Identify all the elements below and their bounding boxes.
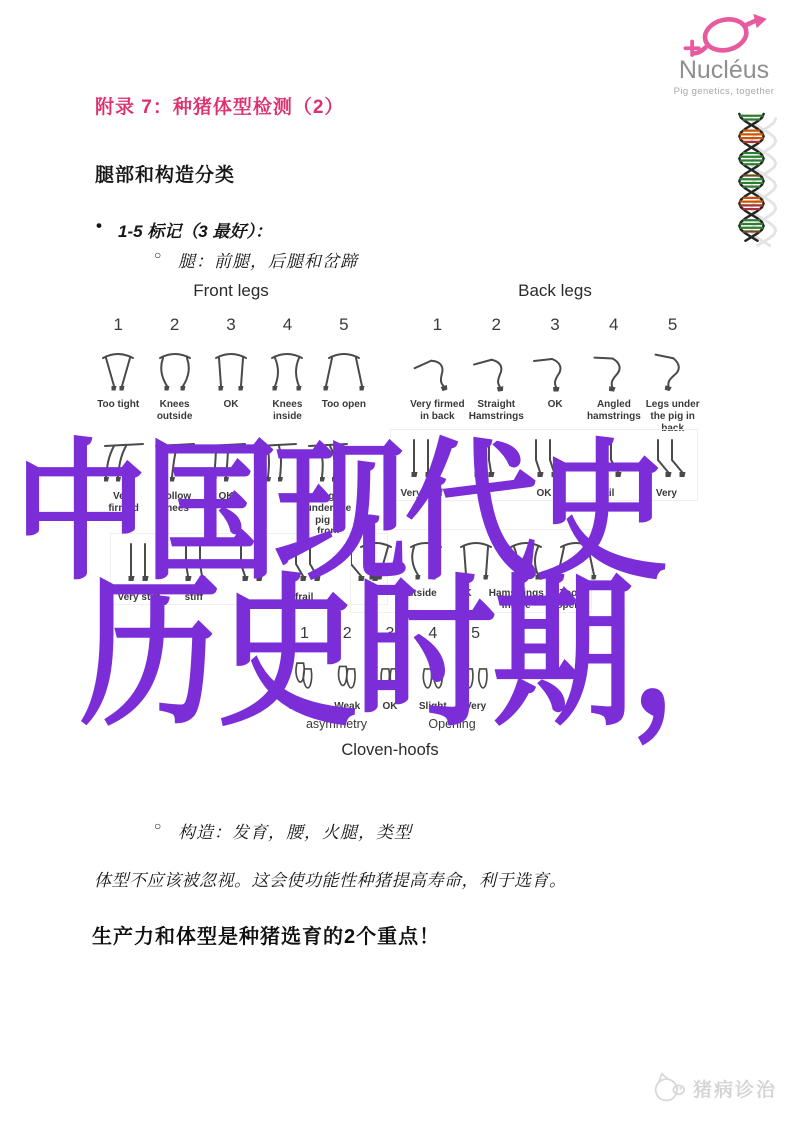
score-label [452, 488, 513, 500]
hoof-icon [369, 659, 412, 697]
panel-front-legs: Front legs12345 Too tightK [90, 281, 372, 423]
score-numbers: 12345 [90, 315, 372, 341]
hoof-icon [283, 659, 326, 697]
hind-rear-icon [551, 534, 601, 584]
score-number: 1 [408, 315, 467, 341]
score-label: Strong [283, 701, 326, 713]
section-heading: 腿部和构造分类 [95, 160, 235, 187]
pastern-icon [575, 434, 636, 484]
score-label: Weak [326, 701, 369, 713]
pastern-icon [636, 434, 697, 484]
score-numbers: 12345 [408, 315, 702, 341]
hind-rear-icon [401, 534, 451, 584]
panel-title: Back legs [408, 281, 702, 303]
score-sublabels: asymmetry Opening [283, 717, 497, 737]
bullet-scoring: 1-5 标记（3 最好）： [118, 217, 272, 242]
score-label: OK [369, 701, 412, 713]
brand-name: Nucléus [668, 58, 780, 83]
score-number: 3 [526, 315, 585, 341]
score-label: outside [396, 588, 441, 612]
score-label [351, 588, 396, 612]
score-labels: Very stiffOKfrailVery [391, 488, 697, 500]
score-label: Too tight [90, 399, 146, 423]
score-number: 1 [283, 625, 326, 651]
score-number: 5 [316, 315, 372, 341]
hind-rear-icon [501, 534, 551, 584]
score-labels: StrongWeakOKSlightVery [283, 701, 497, 713]
score-sublabel: Opening [428, 717, 475, 731]
pastern-icon [513, 434, 574, 484]
hind-leg-icon [584, 345, 643, 395]
pastern-icon [391, 434, 452, 484]
closing-statement: 生产力和体型是种猪选育的2个重点！ [92, 920, 440, 949]
score-number: 2 [146, 315, 202, 341]
score-label: Hamstrings inside [487, 588, 546, 612]
score-label: Knees inside [259, 399, 315, 423]
dna-helix-icon [730, 112, 786, 252]
pastern-icon [452, 434, 513, 484]
score-label: Very firmed [98, 491, 149, 538]
score-label: frail [575, 488, 636, 500]
side-leg-icon [98, 437, 149, 487]
score-number: 4 [259, 315, 315, 341]
side-leg-icon [303, 437, 354, 487]
panel-title: Front legs [90, 281, 372, 303]
page-title: 附录 7：种猪体型检测（2） [95, 92, 344, 119]
panel-cloven-hoofs: 12345 StrongWeakOKSlightVery asymmetry O… [283, 625, 497, 760]
score-icons [90, 341, 372, 395]
hind-rear-icon [351, 534, 401, 584]
front-leg-icon [316, 345, 372, 395]
score-label: Very [454, 701, 497, 713]
score-icons [98, 433, 354, 487]
side-leg-icon [252, 437, 303, 487]
score-label: OK [442, 588, 487, 612]
hind-leg-icon [526, 345, 585, 395]
score-number: 5 [643, 315, 702, 341]
score-number: 3 [369, 625, 412, 651]
hind-leg-icon [408, 345, 467, 395]
panel-back-legs-rear: outsideOKHamstrings insideToo open [350, 529, 592, 613]
score-label: OK [200, 491, 251, 538]
score-number: 2 [326, 625, 369, 651]
brand-tagline: Pig genetics, together [668, 86, 780, 97]
hoof-icon [326, 659, 369, 697]
panel-front-legs-side: Very firmedHollow kneesOKLegs under the … [98, 433, 354, 538]
score-number: 3 [203, 315, 259, 341]
score-label [221, 592, 276, 604]
hoof-icon [454, 659, 497, 697]
score-label: Very [636, 488, 697, 500]
score-number: 4 [584, 315, 643, 341]
score-icons [283, 651, 497, 697]
score-label: stiff [166, 592, 221, 604]
bullet-conformation: 构造：发育，腰，火腿，类型 [178, 818, 412, 843]
nucleus-logo: Nucléus Pig genetics, together [668, 8, 780, 97]
score-label: OK [203, 399, 259, 423]
score-number: 1 [90, 315, 146, 341]
front-leg-icon [259, 345, 315, 395]
score-icons [111, 534, 387, 588]
score-label: Knees outside [146, 399, 202, 423]
footer-logo-text: 猪病诊治 [693, 1075, 777, 1102]
score-labels: Very firmedHollow kneesOKLegs under the … [98, 491, 354, 538]
score-label: Legs under the pig in front [303, 491, 354, 538]
pastern-icon [277, 538, 332, 588]
score-icons [391, 430, 697, 484]
score-labels: Very stiffstifffrail [111, 592, 387, 604]
score-icons [351, 530, 591, 584]
score-number: 2 [467, 315, 526, 341]
side-leg-icon [200, 437, 251, 487]
hind-rear-icon [451, 534, 501, 584]
score-number: 5 [454, 625, 497, 651]
panel-footer-title: Cloven-hoofs [283, 741, 497, 760]
panel-pasterns-front: Very stiffOKfrailVery [390, 429, 698, 501]
score-label: frail [277, 592, 332, 604]
pastern-icon [111, 538, 166, 588]
front-leg-icon [146, 345, 202, 395]
score-icons [408, 341, 702, 395]
front-leg-icon [203, 345, 259, 395]
score-label: OK [513, 488, 574, 500]
leg-scoring-diagrams: Front legs12345 Too tightK [90, 281, 702, 781]
body-paragraph: 体型不应该被忽视。这会使功能性种猪提高寿命，利于选育。 [94, 866, 567, 891]
score-label: Too open [546, 588, 591, 612]
hind-leg-icon [467, 345, 526, 395]
score-label: Very stiff [111, 592, 166, 604]
panel-pasterns-back: Very stiffstifffrail [110, 533, 388, 605]
document-page: 附录 7：种猪体型检测（2） Nucléus Pig genetics, tog… [0, 0, 794, 1123]
hoof-icon [411, 659, 454, 697]
score-label: Too open [316, 399, 372, 423]
score-label: Very stiff [391, 488, 452, 500]
score-labels: outsideOKHamstrings insideToo open [351, 588, 591, 612]
footer-logo: 猪病诊治 [649, 1072, 777, 1104]
pastern-icon [221, 538, 276, 588]
score-number: 4 [411, 625, 454, 651]
panel-back-legs: Back legs12345 [408, 281, 702, 434]
score-label: Slight [411, 701, 454, 713]
gender-symbols-icon [674, 8, 774, 60]
front-leg-icon [90, 345, 146, 395]
pig-icon [649, 1072, 689, 1104]
score-label [252, 491, 303, 538]
bullet-legs: 腿：前腿，后腿和岔蹄 [178, 247, 358, 272]
score-labels: Too tightKnees outsideOKKnees insideToo … [90, 399, 372, 423]
hind-leg-icon [643, 345, 702, 395]
score-numbers: 12345 [283, 625, 497, 651]
side-leg-icon [149, 437, 200, 487]
pastern-icon [166, 538, 221, 588]
score-label: Hollow knees [149, 491, 200, 538]
score-sublabel: asymmetry [306, 717, 367, 731]
